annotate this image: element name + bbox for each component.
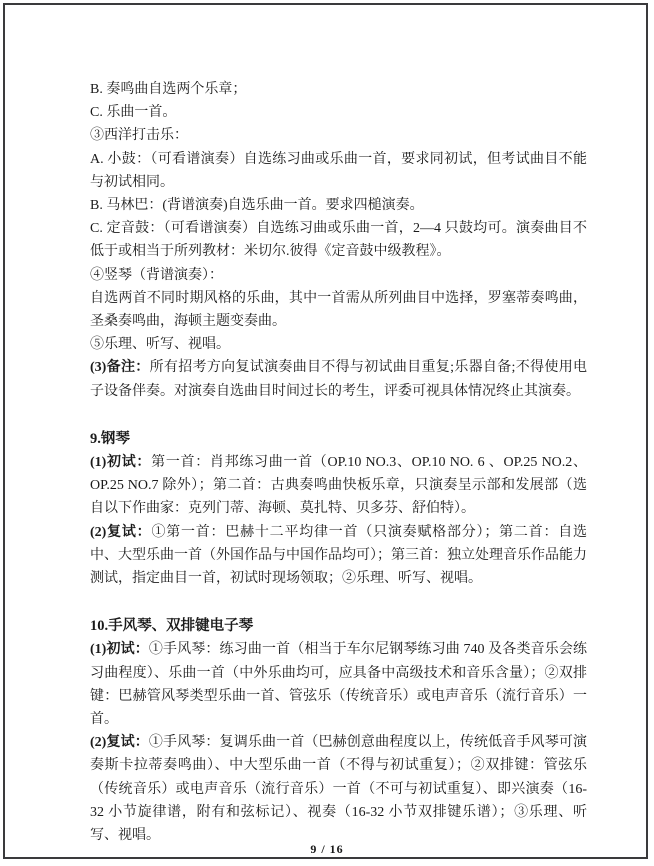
paragraph-sonata-item: B. 奏鸣曲自选两个乐章； — [90, 78, 587, 101]
page-number: 9 / 16 — [0, 842, 654, 857]
preliminary-exam-label-2: (1)初试： — [90, 642, 149, 657]
remarks-label: (3)备注： — [90, 360, 150, 375]
final-exam-label-2: (2)复试： — [90, 735, 149, 750]
paragraph-snare-drum: A. 小鼓：（可看谱演奏）自选练习曲或乐曲一首，要求同初试，但考试曲目不能与初试… — [90, 148, 587, 194]
paragraph-harp-repertoire: 自选两首不同时期风格的乐曲，其中一首需从所列曲目中选择，罗塞蒂奏鸣曲，圣桑奏鸣曲… — [90, 287, 587, 333]
document-page: B. 奏鸣曲自选两个乐章； C. 乐曲一首。 ③西洋打击乐： A. 小鼓：（可看… — [0, 0, 654, 866]
paragraph-piece-item: C. 乐曲一首。 — [90, 101, 587, 124]
paragraph-piano-final: (2)复试：①第一首：巴赫十二平均律一首（只演奏赋格部分）；第二首：自选中、大型… — [90, 521, 587, 591]
paragraph-harp: ④竖琴（背谱演奏）： — [90, 264, 587, 287]
paragraph-western-percussion: ③西洋打击乐： — [90, 124, 587, 147]
section-heading-accordion-organ: 10.手风琴、双排键电子琴 — [90, 615, 587, 638]
piano-preliminary-text: 第一首：肖邦练习曲一首（OP.10 NO.3、OP.10 NO. 6 、OP.2… — [90, 455, 587, 516]
paragraph-timpani: C. 定音鼓：（可看谱演奏）自选练习曲或乐曲一首，2—4 只鼓均可。演奏曲目不低… — [90, 217, 587, 263]
paragraph-accordion-final: (2)复试：①手风琴：复调乐曲一首（巴赫创意曲程度以上，传统低音手风琴可演奏斯卡… — [90, 731, 587, 847]
paragraph-marimba: B. 马林巴：(背谱演奏)自选乐曲一首。要求四槌演奏。 — [90, 194, 587, 217]
preliminary-exam-label: (1)初试： — [90, 455, 151, 470]
document-body: B. 奏鸣曲自选两个乐章； C. 乐曲一首。 ③西洋打击乐： A. 小鼓：（可看… — [90, 78, 587, 847]
accordion-final-text: ①手风琴：复调乐曲一首（巴赫创意曲程度以上，传统低音手风琴可演奏斯卡拉蒂奏鸣曲）… — [90, 735, 587, 843]
accordion-preliminary-text: ①手风琴：练习曲一首（相当于车尔尼钢琴练习曲 740 及各类音乐会练习曲程度）、… — [90, 642, 587, 727]
final-exam-label: (2)复试： — [90, 525, 151, 540]
paragraph-piano-preliminary: (1)初试：第一首：肖邦练习曲一首（OP.10 NO.3、OP.10 NO. 6… — [90, 451, 587, 521]
piano-final-text: ①第一首：巴赫十二平均律一首（只演奏赋格部分）；第二首：自选中、大型乐曲一首（外… — [90, 525, 587, 586]
paragraph-accordion-preliminary: (1)初试：①手风琴：练习曲一首（相当于车尔尼钢琴练习曲 740 及各类音乐会练… — [90, 638, 587, 731]
section-heading-piano: 9.钢琴 — [90, 428, 587, 451]
paragraph-theory-dictation: ⑤乐理、听写、视唱。 — [90, 333, 587, 356]
remarks-text: 所有招考方向复试演奏曲目不得与初试曲目重复;乐器自备;不得使用电子设备伴奏。对演… — [90, 360, 587, 398]
paragraph-remarks: (3)备注：所有招考方向复试演奏曲目不得与初试曲目重复;乐器自备;不得使用电子设… — [90, 356, 587, 402]
